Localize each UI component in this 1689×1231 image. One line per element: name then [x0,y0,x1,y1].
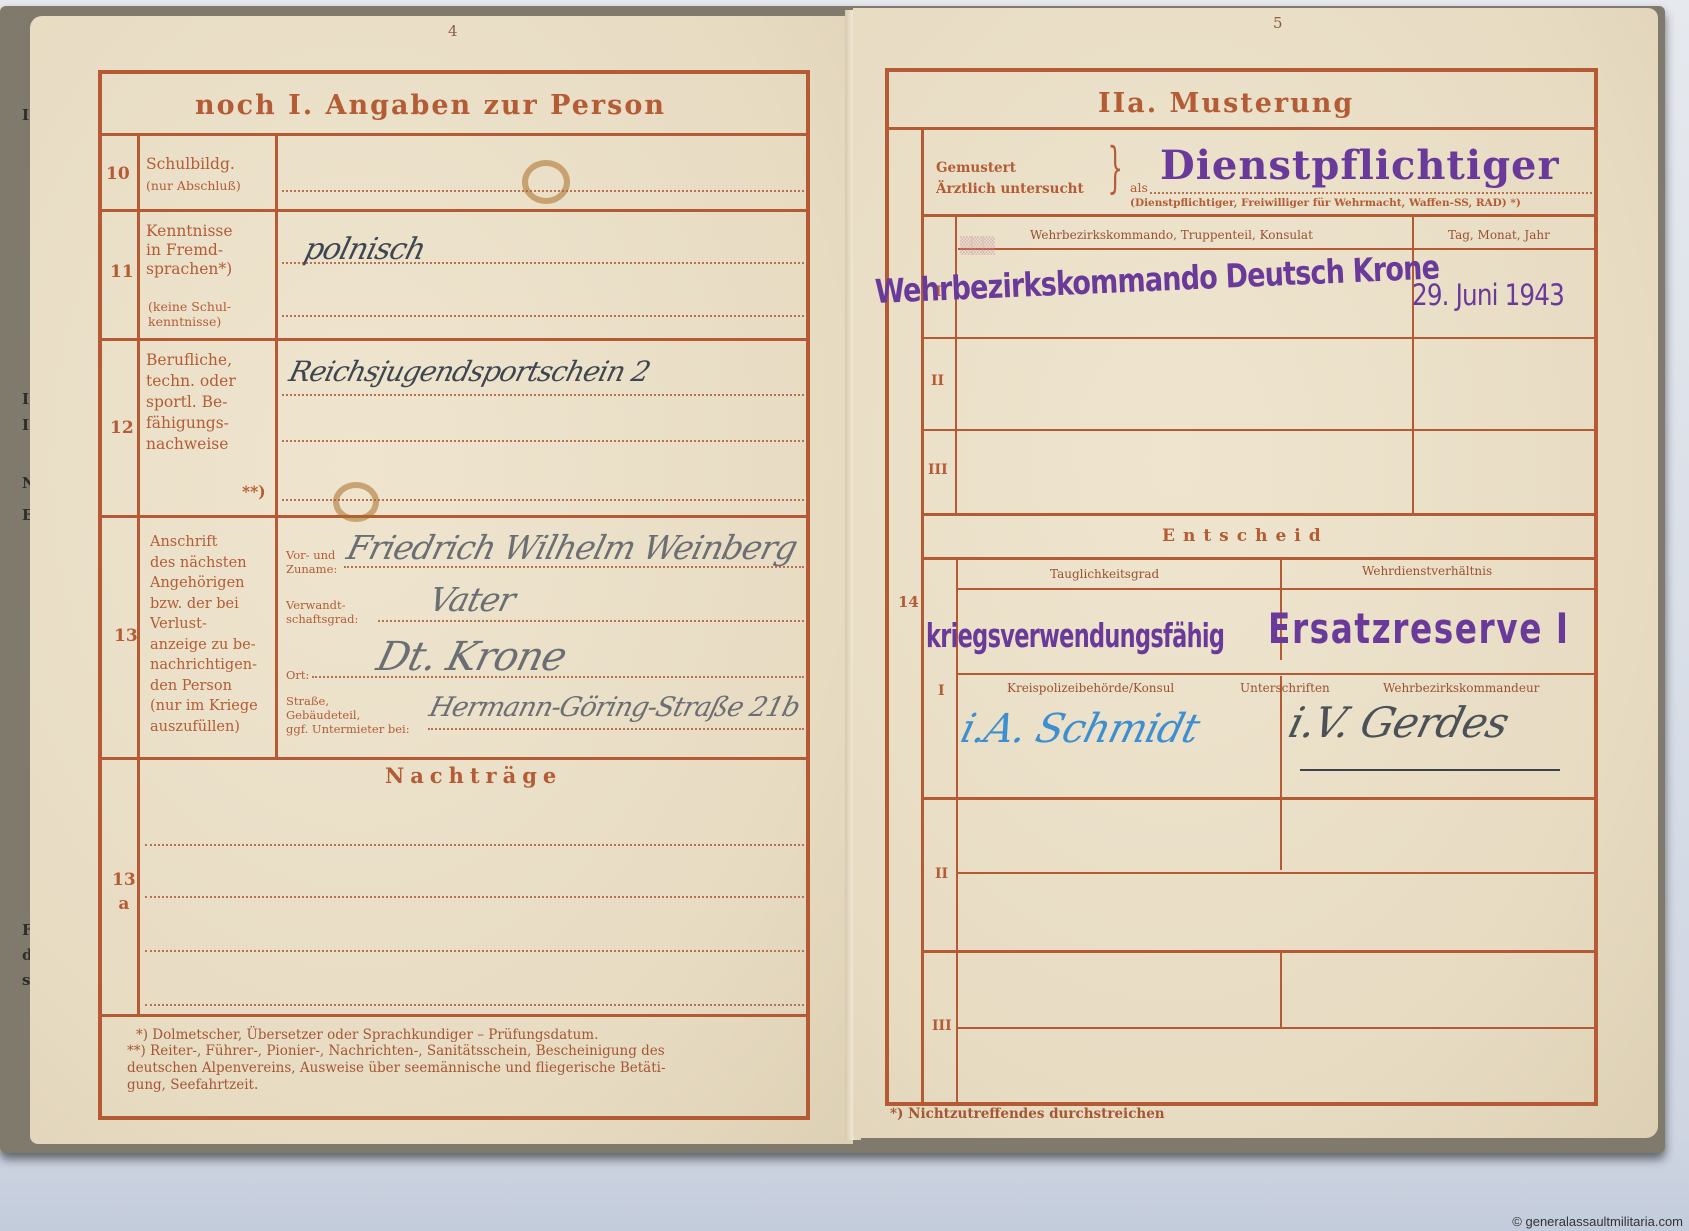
rule [100,133,808,136]
rule [924,797,1596,800]
rule [958,673,1596,675]
rule [958,588,1596,590]
roman-row-label: II [935,866,948,882]
cover-edge-glyph: I [22,106,29,124]
entry-fremdsprachen[interactable]: polnisch [301,232,429,267]
roman-row-label: III [928,462,948,478]
entry-line [428,728,804,730]
rule [955,217,957,513]
footnote-double-star: **) Reiter-, Führer-, Pionier-, Nachrich… [127,1043,666,1094]
rule [924,950,1596,953]
foxing-stain [522,160,570,204]
stamp-date[interactable]: 29. Juni 1943 [1412,278,1564,312]
cover-edge-glyph: I [22,390,29,408]
entry-line [145,896,804,898]
entscheid-heading: Entscheid [1162,526,1329,546]
footnote-single-star: *) Dolmetscher, Übersetzer oder Sprachku… [136,1027,598,1044]
stamp-dienstpflichtiger[interactable]: Dienstpflichtiger [1160,142,1560,189]
rule [924,513,1596,516]
rule [100,757,808,760]
signature-underline [1300,769,1560,771]
aerztlich-untersucht-label: Ärztlich untersucht [936,180,1084,199]
col-header-date: Tag, Monat, Jahr [1448,228,1550,242]
rule [100,338,808,341]
rule [958,872,1596,874]
row-number: 13 [114,626,138,646]
row-sublabel: **) [242,482,266,501]
als-label: als [1130,180,1148,195]
row-label: Anschrift des nächsten Angehörigen bzw. … [150,532,258,737]
rule [1280,676,1282,870]
gemustert-label: Gemustert [936,156,1016,180]
faint-stamp-residue: ▒▒▒ [960,236,994,255]
rule [924,557,1596,560]
gemustert-options: (Dienstpflichtiger, Freiwilliger für Weh… [1130,196,1521,210]
roman-row-label: I [938,683,945,699]
rule [958,1027,1596,1029]
field-value-relation[interactable]: Vater [425,580,519,619]
stamp-tauglichkeitsgrad[interactable]: kriegsverwendungsfähig [926,616,1224,655]
brace-glyph: } [1107,138,1122,198]
col-header-fitness: Tauglichkeitsgrad [1050,567,1159,581]
rule [100,515,808,518]
entry-line [145,950,804,952]
field-value-name[interactable]: Friedrich Wilhelm Weinberg [343,528,801,567]
entry-line [282,440,804,442]
row-label: Berufliche, techn. oder sportl. Be- fähi… [146,350,236,455]
field-value-ort[interactable]: Dt. Krone [372,634,571,680]
foxing-stain [333,482,379,522]
rule [924,429,1596,431]
row-number: 10 [106,164,130,184]
rule [275,136,278,758]
row-sublabel: (nur Abschluß) [146,178,241,193]
entry-line [282,315,804,317]
nachtraege-heading: Nachträge [385,763,562,788]
rule [958,248,1596,250]
field-label-relation: Verwandt- schaftsgrad: [286,598,358,626]
rule [924,214,1596,217]
roman-row-label: III [932,1018,952,1034]
field-value-strasse[interactable]: Hermann-Göring-Straße 21b [426,692,803,723]
page-number-right: 5 [1273,14,1283,32]
field-label-strasse: Straße, Gebäudeteil, ggf. Untermieter be… [286,694,410,736]
row-number: 13 a [112,868,136,916]
row-number: 12 [110,418,134,438]
label-unterschriften: Unterschriften [1240,681,1330,695]
row-label: Kenntnisse in Fremd- sprachen*) [146,222,233,279]
field-label-name: Vor- und Zuname: [286,548,337,576]
signature-wehrbezirkskommandeur[interactable]: i.V. Gerdes [1284,698,1513,747]
rule [887,127,1596,130]
row-number: 11 [110,262,134,282]
label-wehrbezirkskommandeur: Wehrbezirkskommandeur [1383,681,1539,695]
roman-row-label: II [931,373,944,389]
rule [137,136,140,1016]
page-number-left: 4 [448,22,458,40]
rule [924,337,1596,339]
section-number: 14 [898,593,919,611]
rule [100,1014,808,1017]
col-header-office: Wehrbezirkskommando, Truppenteil, Konsul… [1030,228,1313,242]
stamp-wehrdienstverhaeltnis[interactable]: Ersatzreserve I [1268,604,1570,653]
copyright-watermark: © generalassaultmilitaria.com [1512,1214,1683,1229]
col-header-status: Wehrdienstverhältnis [1362,564,1492,578]
entry-line [145,844,804,846]
cover-edge-glyph: I [22,416,29,434]
entry-line [145,1004,804,1006]
entry-befaehigungsnachweise[interactable]: Reichsjugendsportschein 2 [286,355,653,388]
signature-kreispolizeibehoerde[interactable]: i.A. Schmidt [956,706,1203,752]
right-page-title: IIa. Musterung [1098,88,1354,119]
footnote-durchstreichen: *) Nichtzutreffendes durchstreichen [890,1106,1165,1123]
label-kreispolizeibehoerde: Kreispolizeibehörde/Konsul [1007,681,1174,695]
field-label-ort: Ort: [286,668,309,682]
rule [100,209,808,212]
row-label: Schulbildg. [146,155,235,174]
row-sublabel: (keine Schul- kenntnisse) [148,299,231,329]
entry-line [378,620,804,622]
entry-line [282,394,804,396]
left-page-title: noch I. Angaben zur Person [195,90,666,121]
entry-line [1150,192,1592,194]
rule [1280,953,1282,1027]
